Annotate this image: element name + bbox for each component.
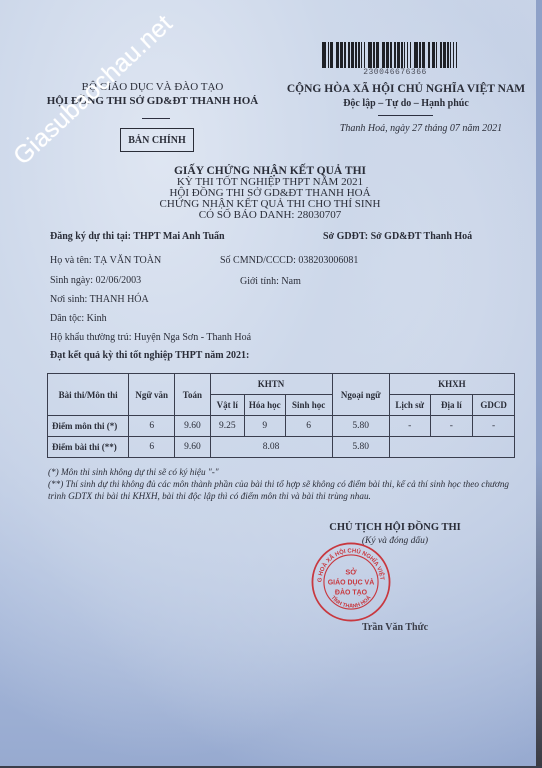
row-label: Điểm bài thi (**) [48, 437, 129, 458]
header-right-rule [378, 115, 433, 116]
certificate-title-block: GIẤY CHỨNG NHẬN KẾT QUẢ THI KỲ THI TỐT N… [100, 166, 440, 221]
footnotes: (*) Môn thi sinh không dự thi sẽ có ký h… [48, 466, 518, 502]
registration-school-value: THPT Mai Anh Tuấn [133, 231, 224, 242]
svg-text:TỈNH THANH HOÁ: TỈNH THANH HOÁ [330, 594, 373, 609]
candidate-name: Họ và tên: TẠ VĂN TOÀN [50, 255, 161, 266]
registration-school-label: Đăng ký dự thi tại: [50, 231, 131, 242]
candidate-id: Số CMND/CCCD: 038203006081 [220, 255, 358, 266]
candidate-birthplace: Nơi sinh: THANH HÓA [50, 294, 149, 305]
result-heading: Đạt kết quả kỳ thi tốt nghiệp THPT năm 2… [50, 350, 249, 361]
candidate-dob: Sinh ngày: 02/06/2003 [50, 275, 141, 286]
seal-line3: ĐÀO TẠO [335, 587, 368, 596]
table-corner-header: Bài thi/Môn thi [48, 374, 129, 416]
score-cell-khtn: 8.08 [210, 437, 332, 458]
motto: Độc lập – Tự do – Hạnh phúc [270, 97, 542, 111]
paper-edge [536, 0, 542, 768]
candidate-dob-value: 02/06/2003 [96, 275, 142, 286]
seal-bottom-text: TỈNH THANH HOÁ [330, 594, 373, 609]
signer-name: Trần Văn Thức [330, 622, 460, 633]
group-khxh: KHXH [389, 374, 514, 395]
score-cell: 9 [244, 416, 285, 437]
original-copy-label: BẢN CHÍNH [120, 128, 194, 152]
score-cell: 9.25 [210, 416, 244, 437]
col-toan: Toán [175, 374, 210, 416]
signer-title: CHỦ TỊCH HỘI ĐỒNG THI [310, 522, 480, 533]
group-khtn: KHTN [210, 374, 332, 395]
candidate-ethnicity-label: Dân tộc: [50, 313, 84, 324]
candidate-dob-label: Sinh ngày: [50, 275, 93, 286]
candidate-gender: Giới tính: Nam [240, 276, 301, 287]
registration-department: Sở GDĐT: Sở GD&ĐT Thanh Hoá [323, 231, 472, 242]
candidate-gender-value: Nam [281, 276, 300, 287]
col-vat-li: Vật lí [210, 395, 244, 416]
col-ngu-van: Ngữ văn [129, 374, 175, 416]
barcode-number: 230046676366 [350, 68, 440, 77]
scores-table: Bài thi/Môn thi Ngữ văn Toán KHTN Ngoại … [47, 373, 515, 458]
seal-line1: SỞ [345, 568, 357, 577]
score-cell-khxh [389, 437, 514, 458]
score-cell: 9.60 [175, 437, 210, 458]
col-dia-li: Địa lí [430, 395, 473, 416]
candidate-residence: Hộ khẩu thường trú: Huyện Nga Sơn - Than… [50, 332, 251, 343]
candidate-name-value: TẠ VĂN TOÀN [94, 255, 161, 266]
row-label: Điểm môn thi (*) [48, 416, 129, 437]
country-name: CỘNG HÒA XÃ HỘI CHỦ NGHĨA VIỆT NAM [270, 82, 542, 96]
candidate-residence-value: Huyện Nga Sơn - Thanh Hoá [134, 332, 251, 343]
col-sinh-hoc: Sinh học [285, 395, 332, 416]
registration-dept-value: Sở GD&ĐT Thanh Hoá [371, 231, 473, 242]
score-cell: 6 [285, 416, 332, 437]
col-hoa-hoc: Hóa học [244, 395, 285, 416]
candidate-number: CÓ SỐ BÁO DANH: 28030707 [100, 210, 440, 221]
score-cell: - [473, 416, 515, 437]
score-cell: 9.60 [175, 416, 210, 437]
candidate-birthplace-value: THANH HÓA [90, 294, 149, 305]
candidate-id-label: Số CMND/CCCD: [220, 255, 296, 266]
score-cell: 5.80 [332, 416, 389, 437]
candidate-ethnicity: Dân tộc: Kinh [50, 313, 107, 324]
candidate-name-label: Họ và tên: [50, 255, 92, 266]
official-seal: CỘNG HOÀ XÃ HỘI CHỦ NGHĨA VIỆT NAM TỈNH … [310, 541, 392, 623]
issue-date: Thanh Hoá, ngày 27 tháng 07 năm 2021 [300, 123, 542, 134]
seal-line2: GIÁO DỤC VÀ [328, 577, 374, 586]
candidate-id-value: 038203006081 [298, 255, 358, 266]
score-cell: 5.80 [332, 437, 389, 458]
barcode [322, 42, 460, 68]
score-cell: - [430, 416, 473, 437]
col-lich-su: Lịch sử [389, 395, 430, 416]
table-row-subject-scores: Điểm môn thi (*) 6 9.60 9.25 9 6 5.80 - … [48, 416, 515, 437]
candidate-ethnicity-value: Kinh [87, 313, 107, 324]
footnote-2: (**) Thí sinh dự thi không đủ các môn th… [48, 478, 518, 502]
col-ngoai-ngu: Ngoại ngữ [332, 374, 389, 416]
registration-school: Đăng ký dự thi tại: THPT Mai Anh Tuấn [50, 231, 225, 242]
score-cell: 6 [129, 416, 175, 437]
registration-dept-label: Sở GDĐT: [323, 231, 368, 242]
score-cell: 6 [129, 437, 175, 458]
footnote-1: (*) Môn thi sinh không dự thi sẽ có ký h… [48, 466, 518, 478]
score-cell: - [389, 416, 430, 437]
header-left-rule [142, 118, 170, 119]
col-gdcd: GDCD [473, 395, 515, 416]
table-row-exam-scores: Điểm bài thi (**) 6 9.60 8.08 5.80 [48, 437, 515, 458]
candidate-residence-label: Hộ khẩu thường trú: [50, 332, 132, 343]
candidate-birthplace-label: Nơi sinh: [50, 294, 87, 305]
candidate-gender-label: Giới tính: [240, 276, 279, 287]
